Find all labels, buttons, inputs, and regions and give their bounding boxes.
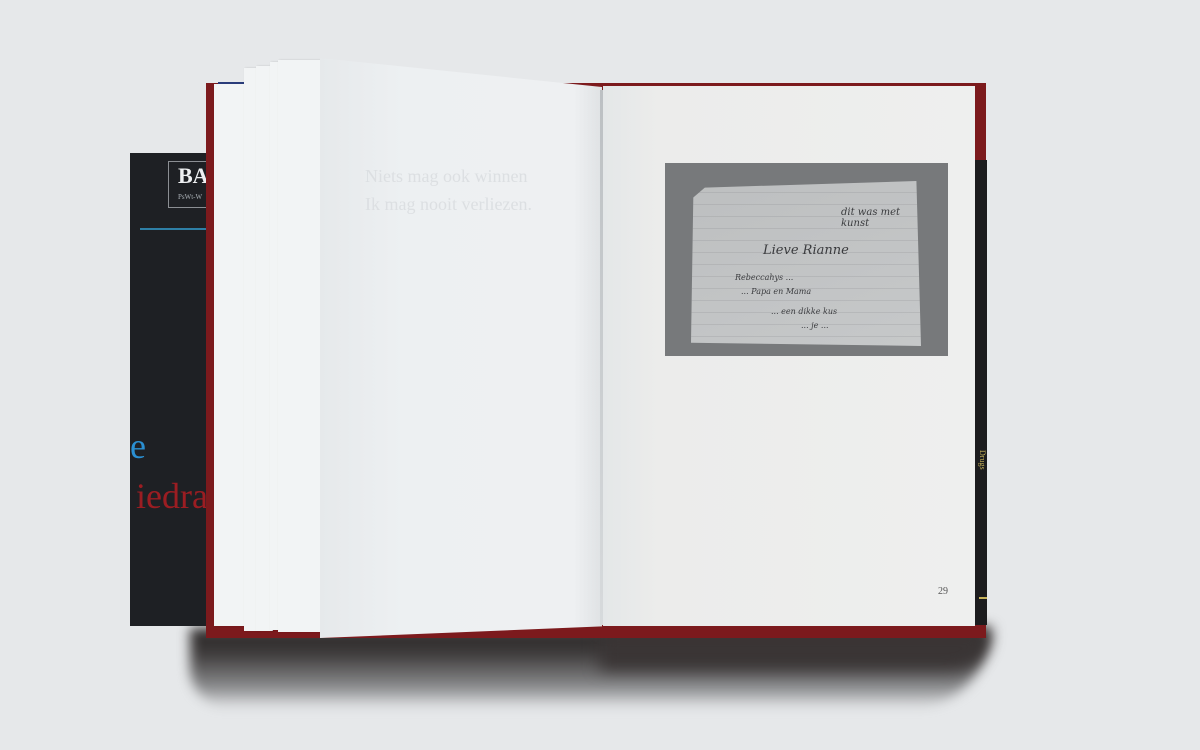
page-number: 29: [938, 586, 948, 597]
quote-line: Ik mag nooit verliezen.: [365, 190, 532, 218]
note-text: dit was met kunst: [841, 207, 921, 229]
handwritten-note: dit was met kunst Lieve Rianne Rebeccahy…: [691, 181, 921, 346]
note-text: ... een dikke kus: [771, 307, 837, 316]
right-page: dit was met kunst Lieve Rianne Rebeccahy…: [603, 86, 975, 626]
bookmark-line: [218, 82, 246, 84]
note-text: ... Papa en Mama: [741, 287, 811, 296]
page-edge: [278, 60, 323, 632]
back-book-subtitle: PsWt-W: [178, 193, 202, 201]
page-edge: [214, 84, 247, 626]
page-quote: Niets mag ook winnen Ik mag nooit verlie…: [365, 162, 532, 218]
spine-text: Drugs: [978, 450, 987, 470]
note-text: Lieve Rianne: [763, 243, 849, 258]
quote-line: Niets mag ook winnen: [365, 162, 532, 190]
note-photo: dit was met kunst Lieve Rianne Rebeccahy…: [665, 163, 948, 356]
back-book-word-red: iedra: [136, 475, 208, 517]
spine-tick: [979, 597, 987, 599]
left-page: Niets mag ook winnen Ik mag nooit verlie…: [320, 58, 602, 638]
note-text: Rebeccahys ...: [735, 273, 793, 282]
note-text: ... je ...: [801, 321, 829, 330]
cover-edge: [975, 160, 987, 625]
back-book-word-blue: e: [130, 425, 146, 467]
